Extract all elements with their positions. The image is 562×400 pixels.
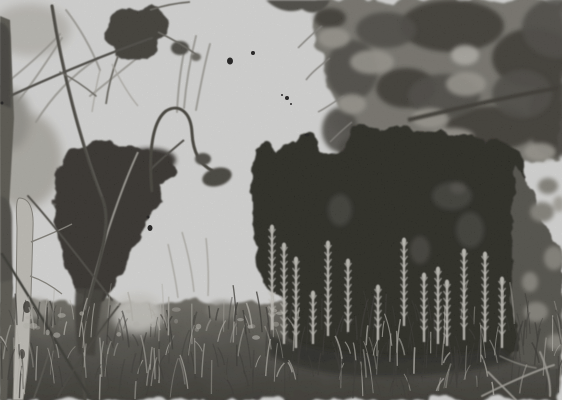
- grain-overlay-light: [0, 0, 562, 400]
- photo-canvas: Grainy black-and-white halftone photogra…: [0, 0, 562, 400]
- halftone-photograph: Grainy black-and-white halftone photogra…: [0, 0, 562, 400]
